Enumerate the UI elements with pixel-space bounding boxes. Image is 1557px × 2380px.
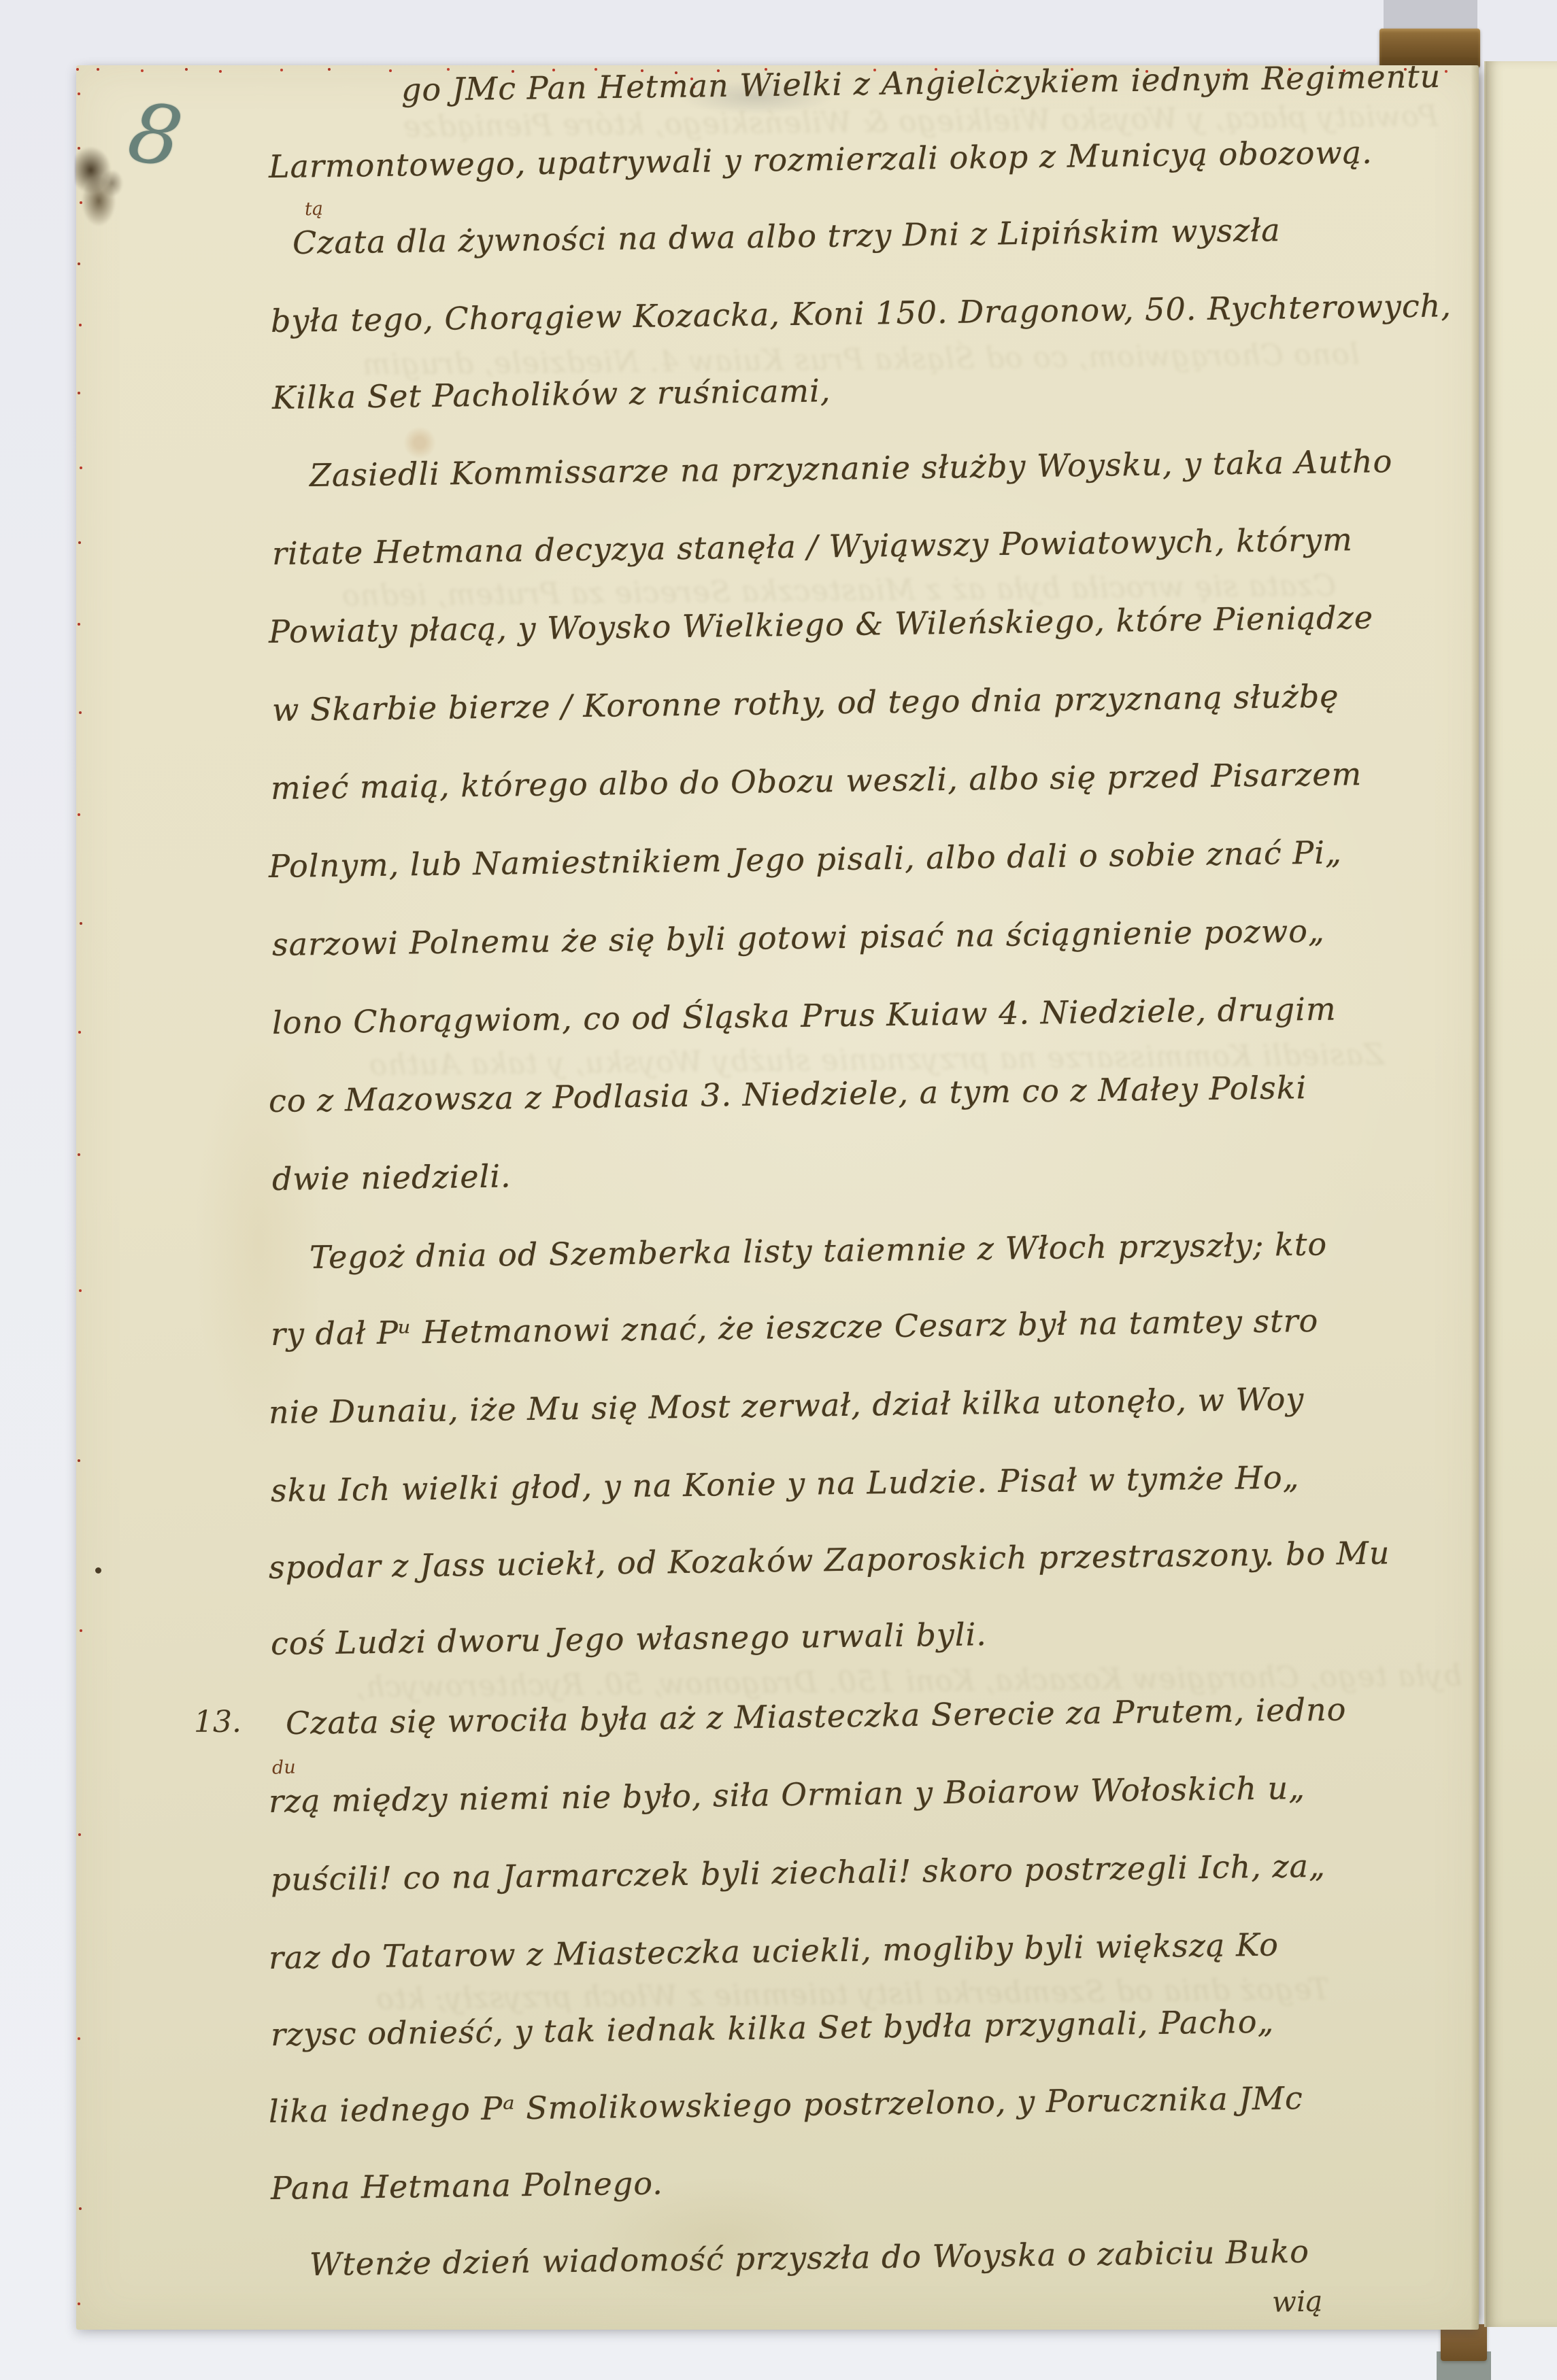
text-line: była tego, Chorągiew Kozacka, Koni 150. … xyxy=(271,287,1452,339)
page-number: 8 xyxy=(122,85,188,186)
bleedthrough-text: lono Chorągwiom, co od Śląska Prus Kuiaw… xyxy=(362,337,1360,381)
text-line: Pana Hetmana Polnego. xyxy=(271,2164,663,2207)
text-line: dwie niedzieli. xyxy=(272,1157,512,1197)
text-line: sarzowi Polnemu że się byli gotowi pisać… xyxy=(272,913,1325,963)
red-edge-speckles-left xyxy=(78,92,80,95)
text-line: ritate Hetmana decyzya stanęła / Wyiąwsz… xyxy=(272,521,1354,572)
text-line: spodar z Jass uciekł, od Kozaków Zaporos… xyxy=(269,1534,1390,1586)
text-line: mieć maią, którego albo do Obozu weszli,… xyxy=(271,755,1362,806)
book-spine-leather-bottom xyxy=(1441,2324,1487,2361)
interlinear-correction: du xyxy=(271,1756,296,1778)
text-line: nie Dunaiu, iże Mu się Most zerwał, dzia… xyxy=(269,1380,1305,1431)
ink-blot xyxy=(75,143,128,232)
text-line: lika iednego Pᵃ Smolikowskiego postrzelo… xyxy=(269,2079,1303,2130)
text-line: w Skarbie bierze / Koronne rothy, od teg… xyxy=(272,677,1339,728)
next-page-edge xyxy=(1484,61,1557,2327)
text-line: coś Ludzi dworu Jego własnego urwali byl… xyxy=(271,1616,988,1662)
manuscript-page: 8 Powiaty płacą, y Woysko Wielkiego & Wi… xyxy=(76,65,1479,2330)
text-line: Tegoż dnia od Szemberka listy taiemnie z… xyxy=(309,1225,1328,1276)
text-line: lono Chorągwiom, co od Śląska Prus Kuiaw… xyxy=(272,991,1337,1041)
text-line: ry dał Pᵘ Hetmanowi znać, że ieszcze Ces… xyxy=(271,1302,1319,1353)
margin-dot xyxy=(95,1567,101,1574)
text-line: raz do Tatarow z Miasteczka uciekli, mog… xyxy=(269,1926,1279,1976)
text-line: Kilka Set Pacholików z ruśnicami, xyxy=(272,372,831,416)
text-line: Czata dla żywności na dwa albo trzy Dni … xyxy=(292,211,1281,261)
manuscript-scan: 8 Powiaty płacą, y Woysko Wielkiego & Wi… xyxy=(0,0,1557,2380)
text-line: rzą między niemi nie było, siła Ormian y… xyxy=(269,1769,1306,1820)
interlinear-correction: tą xyxy=(304,199,323,220)
catchword: wią xyxy=(1272,2284,1323,2318)
text-line: Zasiedli Kommissarze na przyznanie służb… xyxy=(309,443,1393,494)
text-line: sku Ich wielki głod, y na Konie y na Lud… xyxy=(271,1459,1300,1509)
text-line: Wtenże dzień wiadomość przyszła do Woysk… xyxy=(309,2233,1310,2283)
book-spine-shadow-top xyxy=(1384,0,1477,31)
margin-entry-number: 13. xyxy=(194,1705,241,1739)
text-line: Polnym, lub Namiestnikiem Jego pisali, a… xyxy=(269,834,1343,885)
red-edge-speckles-top xyxy=(76,68,79,71)
text-line: puścili! co na Jarmarczek byli ziechali!… xyxy=(271,1848,1326,1898)
